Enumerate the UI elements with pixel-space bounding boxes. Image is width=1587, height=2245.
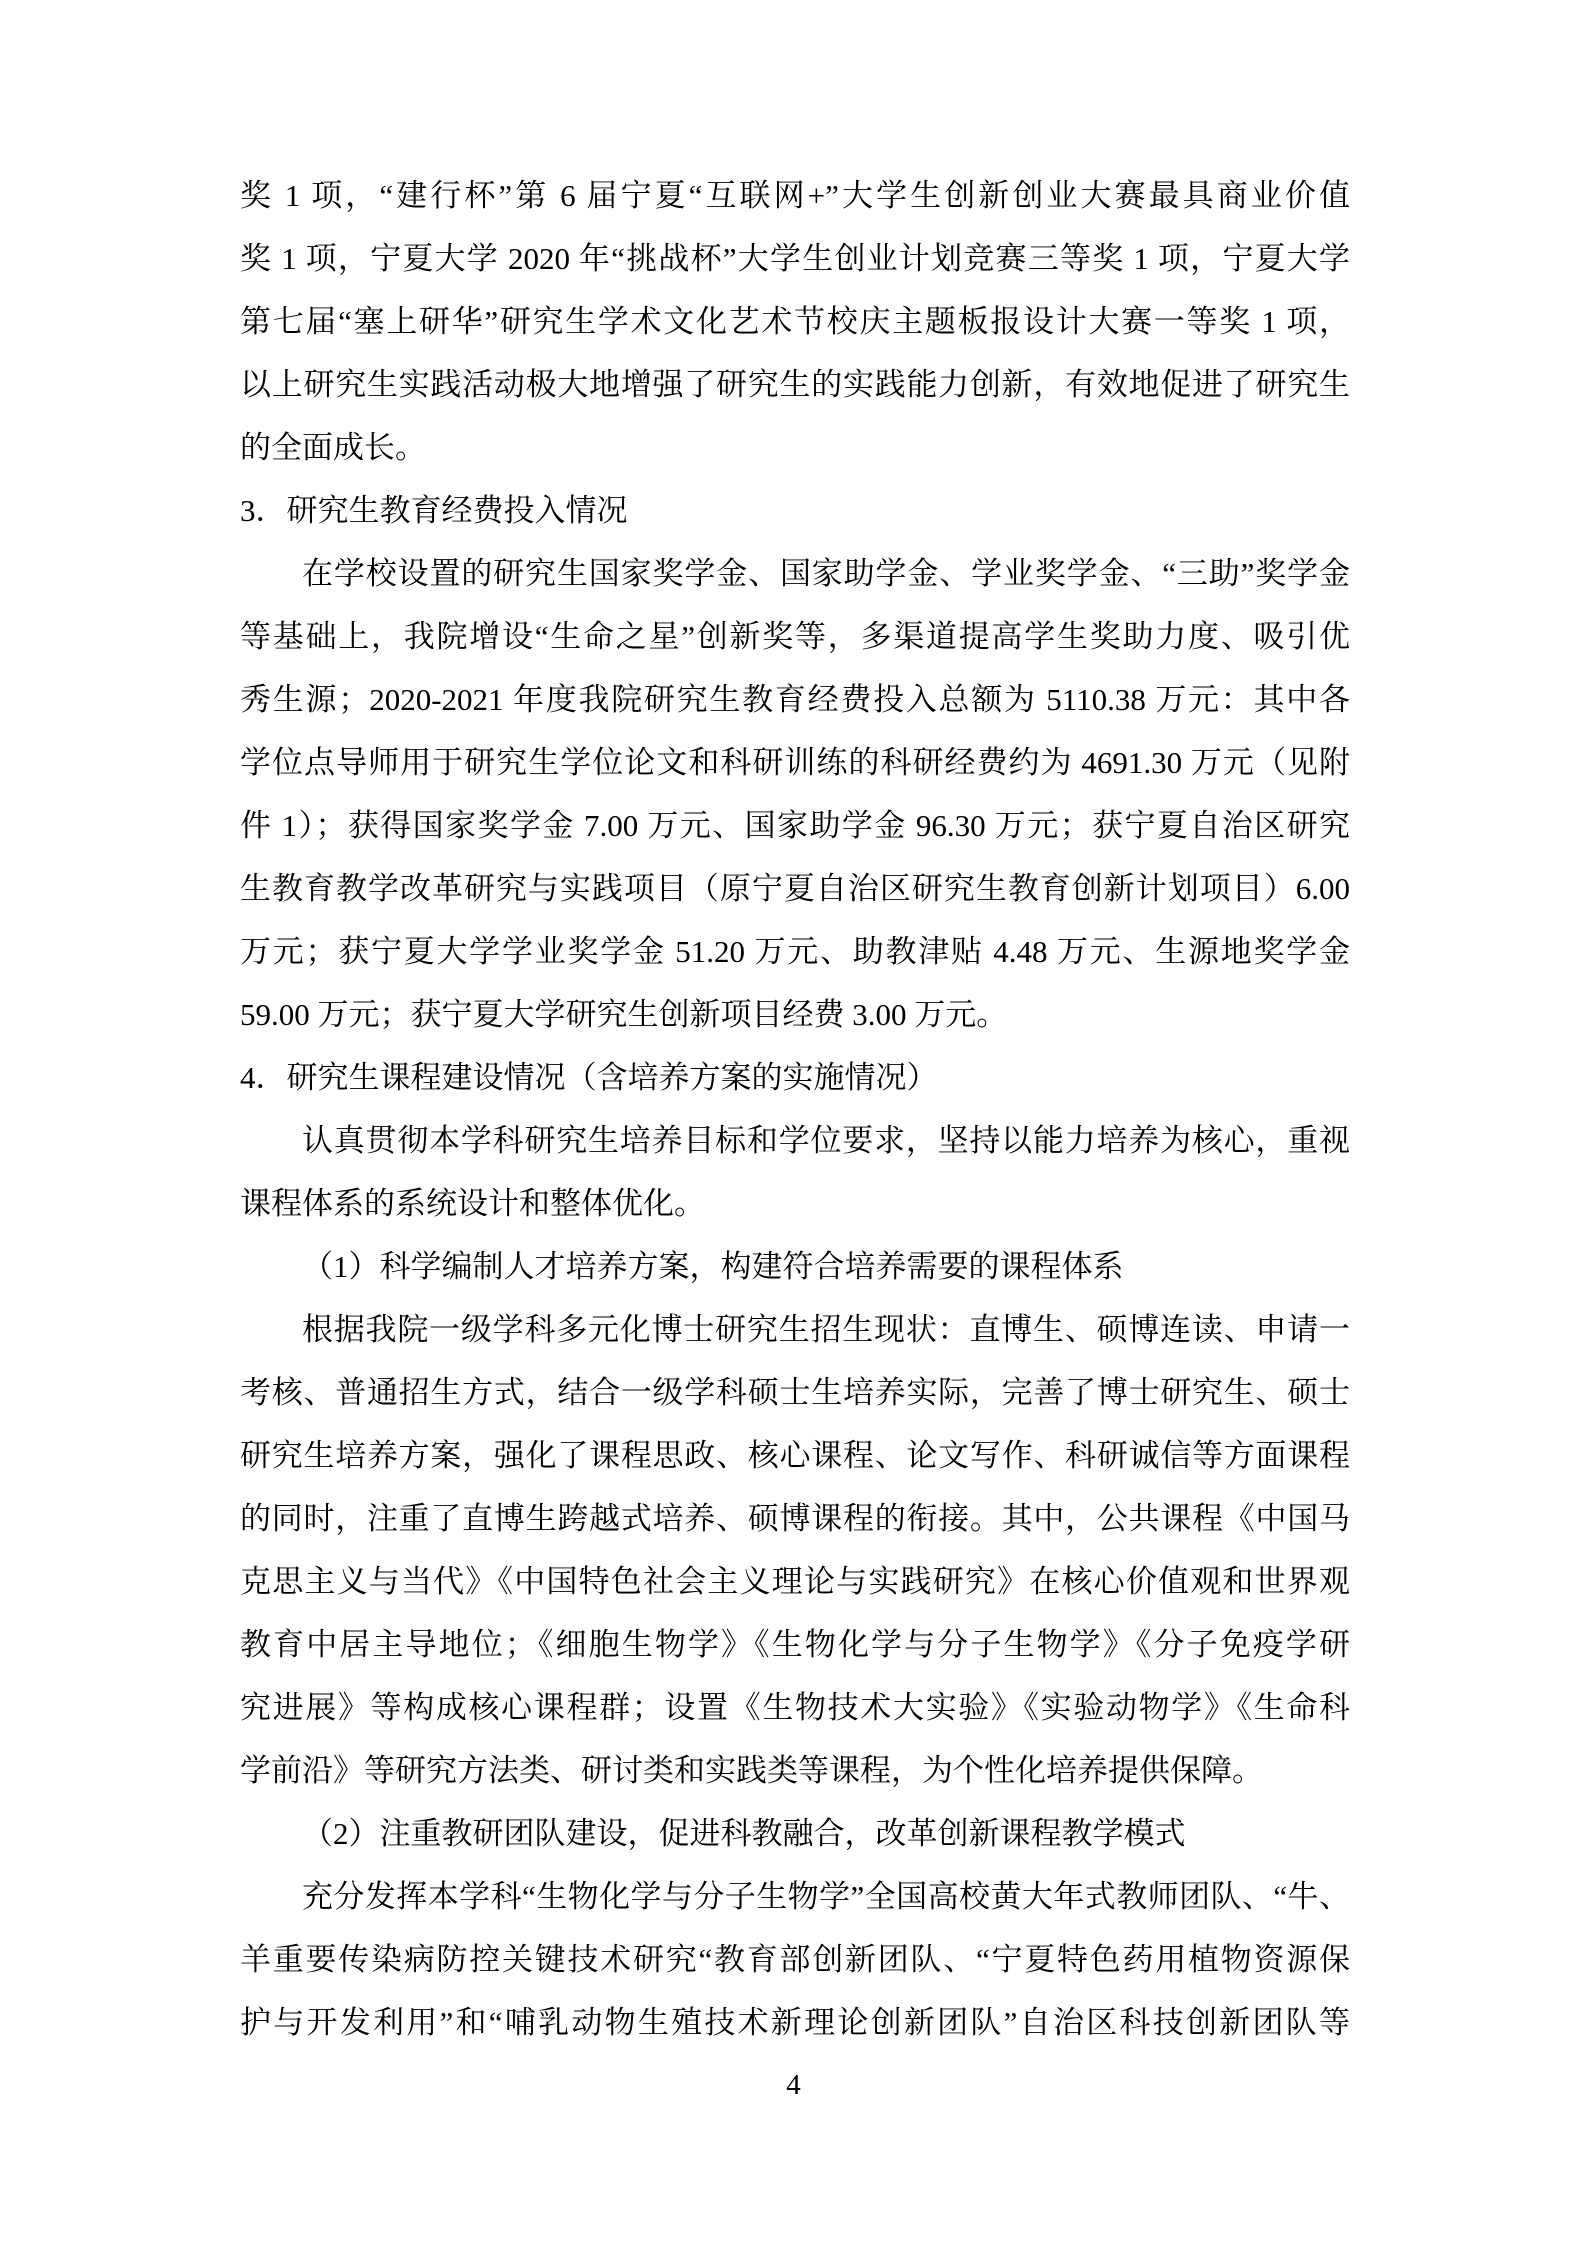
subsection-heading: （1）科学编制人才培养方案，构建符合培养需要的课程体系	[240, 1235, 1350, 1298]
text-line: 万元；获宁夏大学学业奖学金 51.20 万元、助教津贴 4.48 万元、生源地奖…	[240, 920, 1350, 983]
text-line: 充分发挥本学科“生物化学与分子生物学”全国高校黄大年式教师团队、“牛、	[240, 1865, 1350, 1928]
text-line: 的全面成长。	[240, 416, 1350, 479]
text-line: 在学校设置的研究生国家奖学金、国家助学金、学业奖学金、“三助”奖学金	[240, 542, 1350, 605]
section-heading: 4．研究生课程建设情况（含培养方案的实施情况）	[240, 1046, 1350, 1109]
subsection-heading: （2）注重教研团队建设，促进科教融合，改革创新课程教学模式	[240, 1802, 1350, 1865]
text-line: 奖 1 项，“建行杯”第 6 届宁夏“互联网+”大学生创新创业大赛最具商业价值	[240, 164, 1350, 227]
text-line: 秀生源；2020-2021 年度我院研究生教育经费投入总额为 5110.38 万…	[240, 668, 1350, 731]
text-line: 教育中居主导地位；《细胞生物学》《生物化学与分子生物学》《分子免疫学研	[240, 1613, 1350, 1676]
text-line: 件 1）；获得国家奖学金 7.00 万元、国家助学金 96.30 万元；获宁夏自…	[240, 794, 1350, 857]
section-heading: 3．研究生教育经费投入情况	[240, 479, 1350, 542]
document-page: 奖 1 项，“建行杯”第 6 届宁夏“互联网+”大学生创新创业大赛最具商业价值奖…	[0, 0, 1587, 2245]
text-line: 学前沿》等研究方法类、研讨类和实践类等课程，为个性化培养提供保障。	[240, 1739, 1350, 1802]
text-line: 等基础上，我院增设“生命之星”创新奖等，多渠道提高学生奖助力度、吸引优	[240, 605, 1350, 668]
text-line: 以上研究生实践活动极大地增强了研究生的实践能力创新，有效地促进了研究生	[240, 353, 1350, 416]
text-line: 认真贯彻本学科研究生培养目标和学位要求，坚持以能力培养为核心，重视	[240, 1109, 1350, 1172]
document-body: 奖 1 项，“建行杯”第 6 届宁夏“互联网+”大学生创新创业大赛最具商业价值奖…	[240, 164, 1350, 2054]
text-line: 课程体系的系统设计和整体优化。	[240, 1172, 1350, 1235]
text-line: 59.00 万元；获宁夏大学研究生创新项目经费 3.00 万元。	[240, 983, 1350, 1046]
text-line: 学位点导师用于研究生学位论文和科研训练的科研经费约为 4691.30 万元（见附	[240, 731, 1350, 794]
text-line: 考核、普通招生方式，结合一级学科硕士生培养实际，完善了博士研究生、硕士	[240, 1361, 1350, 1424]
page-number: 4	[0, 2064, 1587, 2106]
text-line: 生教育教学改革研究与实践项目（原宁夏自治区研究生教育创新计划项目）6.00	[240, 857, 1350, 920]
text-line: 根据我院一级学科多元化博士研究生招生现状：直博生、硕博连读、申请一	[240, 1298, 1350, 1361]
text-line: 护与开发利用”和“哺乳动物生殖技术新理论创新团队”自治区科技创新团队等	[240, 1991, 1350, 2054]
text-line: 克思主义与当代》《中国特色社会主义理论与实践研究》在核心价值观和世界观	[240, 1550, 1350, 1613]
text-line: 研究生培养方案，强化了课程思政、核心课程、论文写作、科研诚信等方面课程	[240, 1424, 1350, 1487]
text-line: 的同时，注重了直博生跨越式培养、硕博课程的衔接。其中，公共课程《中国马	[240, 1487, 1350, 1550]
text-line: 奖 1 项，宁夏大学 2020 年“挑战杯”大学生创业计划竞赛三等奖 1 项，宁…	[240, 227, 1350, 290]
text-line: 第七届“塞上研华”研究生学术文化艺术节校庆主题板报设计大赛一等奖 1 项，	[240, 290, 1350, 353]
text-line: 羊重要传染病防控关键技术研究“教育部创新团队、“宁夏特色药用植物资源保	[240, 1928, 1350, 1991]
text-line: 究进展》等构成核心课程群；设置《生物技术大实验》《实验动物学》《生命科	[240, 1676, 1350, 1739]
